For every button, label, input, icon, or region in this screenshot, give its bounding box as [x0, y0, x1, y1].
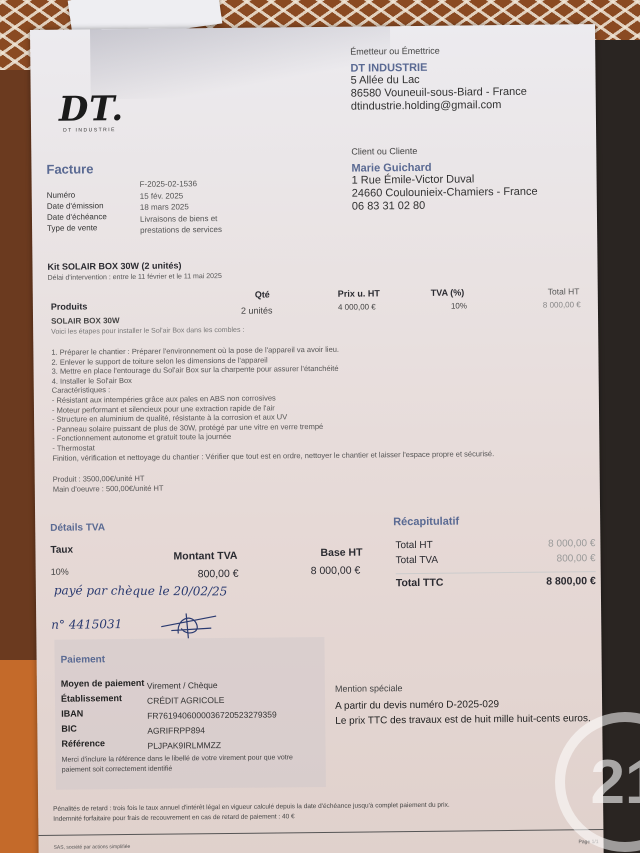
payment-bank: CRÉDIT AGRICOLE — [147, 692, 277, 708]
row-vat: 10% — [451, 301, 467, 310]
payment-values: Virement / Chèque CRÉDIT AGRICOLE FR7619… — [147, 677, 277, 753]
client-phone: 06 83 31 02 80 — [352, 199, 538, 214]
orange-object — [0, 660, 40, 853]
vat-amount: 800,00 € — [198, 568, 239, 580]
vat-details-title: Détails TVA — [50, 522, 105, 534]
th-unit-price: Prix u. HT — [338, 288, 380, 298]
payment-method: Virement / Chèque — [147, 677, 277, 693]
summary-label: Total TVA — [396, 555, 439, 573]
invoice-title: Facture — [46, 161, 93, 176]
payment-label: BIC — [61, 721, 145, 737]
mention-title: Mention spéciale — [335, 683, 403, 694]
footer-divider — [38, 829, 603, 836]
handwritten-check-number: n° 4415031 — [51, 617, 122, 632]
summary-value: 8 800,00 € — [546, 575, 596, 588]
issuer-label: Émetteur ou Émettrice — [350, 45, 526, 57]
payment-title: Paiement — [61, 654, 106, 665]
summary-table: Total HT 8 000,00 € Total TVA 800,00 € T… — [395, 538, 596, 592]
vat-th-base: Base HT — [320, 547, 362, 559]
th-qty: Qté — [255, 290, 270, 300]
row-qty: 2 unités — [241, 305, 273, 315]
signature-icon — [156, 608, 226, 639]
summary-value: 8 000,00 € — [548, 538, 595, 553]
summary-row-ttc: Total TTC 8 800,00 € — [396, 571, 596, 592]
mention-text: A partir du devis numéro D-2025-029 Le p… — [335, 696, 605, 729]
client-address2: 24660 Coulounieix-Chamiers - France — [352, 186, 538, 201]
payment-note: Merci d'inclure la référence dans le lib… — [62, 753, 312, 776]
row-total: 8 000,00 € — [543, 300, 581, 309]
meta-label-issue-date: Date d'émission — [47, 200, 107, 212]
meta-label-sale-type: Type de vente — [47, 222, 107, 234]
summary-row-tva: Total TVA 800,00 € — [396, 553, 596, 573]
footer-terms: Pénalités de retard : trois fois le taux… — [53, 799, 593, 825]
th-products: Produits — [51, 301, 88, 311]
company-legal-form: SAS, société par actions simplifiée — [54, 844, 131, 851]
handwritten-payment-note: payé par chèque le 20/02/25 — [54, 583, 228, 598]
section-title: Kit SOLAIR BOX 30W (2 unités) — [47, 260, 181, 271]
payment-iban: FR7619406000036720523279359 — [147, 707, 277, 723]
invoice-page: DT. DT INDUSTRIE Émetteur ou Émettrice D… — [30, 24, 604, 853]
meta-label-number: Numéro — [47, 189, 107, 201]
client-label: Client ou Cliente — [351, 145, 537, 157]
payment-labels: Moyen de paiement Établissement IBAN BIC… — [61, 676, 145, 752]
install-intro: Voici les étapes pour installer le Sol'a… — [51, 327, 244, 336]
client-block: Client ou Cliente Marie Guichard 1 Rue É… — [351, 145, 538, 214]
payment-reference: PLJPAK9IRLMMZZ — [147, 737, 277, 753]
row-product: SOLAIR BOX 30W — [51, 316, 120, 326]
meta-value-sale-type: Livraisons de biens et prestations de se… — [140, 212, 250, 236]
issuer-email[interactable]: dtindustrie.holding@gmail.com — [351, 99, 527, 114]
summary-title: Récapitulatif — [393, 516, 459, 529]
invoice-meta-labels: Numéro Date d'émission Date d'échéance T… — [47, 189, 107, 234]
installation-steps: 1. Préparer le chantier : Préparer l'env… — [51, 342, 593, 494]
payment-bic: AGRIFRPP894 — [147, 722, 277, 738]
th-total: Total HT — [548, 286, 580, 296]
vat-th-amount: Montant TVA — [173, 550, 237, 563]
vat-rate: 10% — [51, 567, 69, 577]
intervention-delay: Délai d'intervention : entre le 11 févri… — [48, 273, 222, 282]
vat-base: 8 000,00 € — [311, 565, 361, 578]
th-vat: TVA (%) — [431, 287, 465, 297]
vat-th-rate: Taux — [50, 545, 73, 556]
payment-label: IBAN — [61, 706, 145, 722]
row-unit-price: 4 000,00 € — [338, 302, 376, 311]
company-logo: DT. — [59, 89, 125, 130]
mention-price-words: Le prix TTC des travaux est de huit mill… — [335, 711, 605, 729]
summary-value: 800,00 € — [557, 553, 596, 571]
payment-label: Référence — [61, 736, 145, 752]
invoice-meta-values: F-2025-02-1536 15 fév. 2025 18 mars 2025… — [140, 178, 251, 237]
summary-label: Total HT — [395, 540, 432, 555]
payment-label: Moyen de paiement — [61, 676, 145, 692]
summary-label: Total TTC — [396, 577, 444, 589]
payment-label: Établissement — [61, 691, 145, 707]
page-shadow — [90, 26, 391, 99]
logo-subtitle: DT INDUSTRIE — [63, 127, 116, 134]
issuer-block: Émetteur ou Émettrice DT INDUSTRIE 5 All… — [350, 45, 527, 114]
meta-label-due-date: Date d'échéance — [47, 211, 107, 223]
